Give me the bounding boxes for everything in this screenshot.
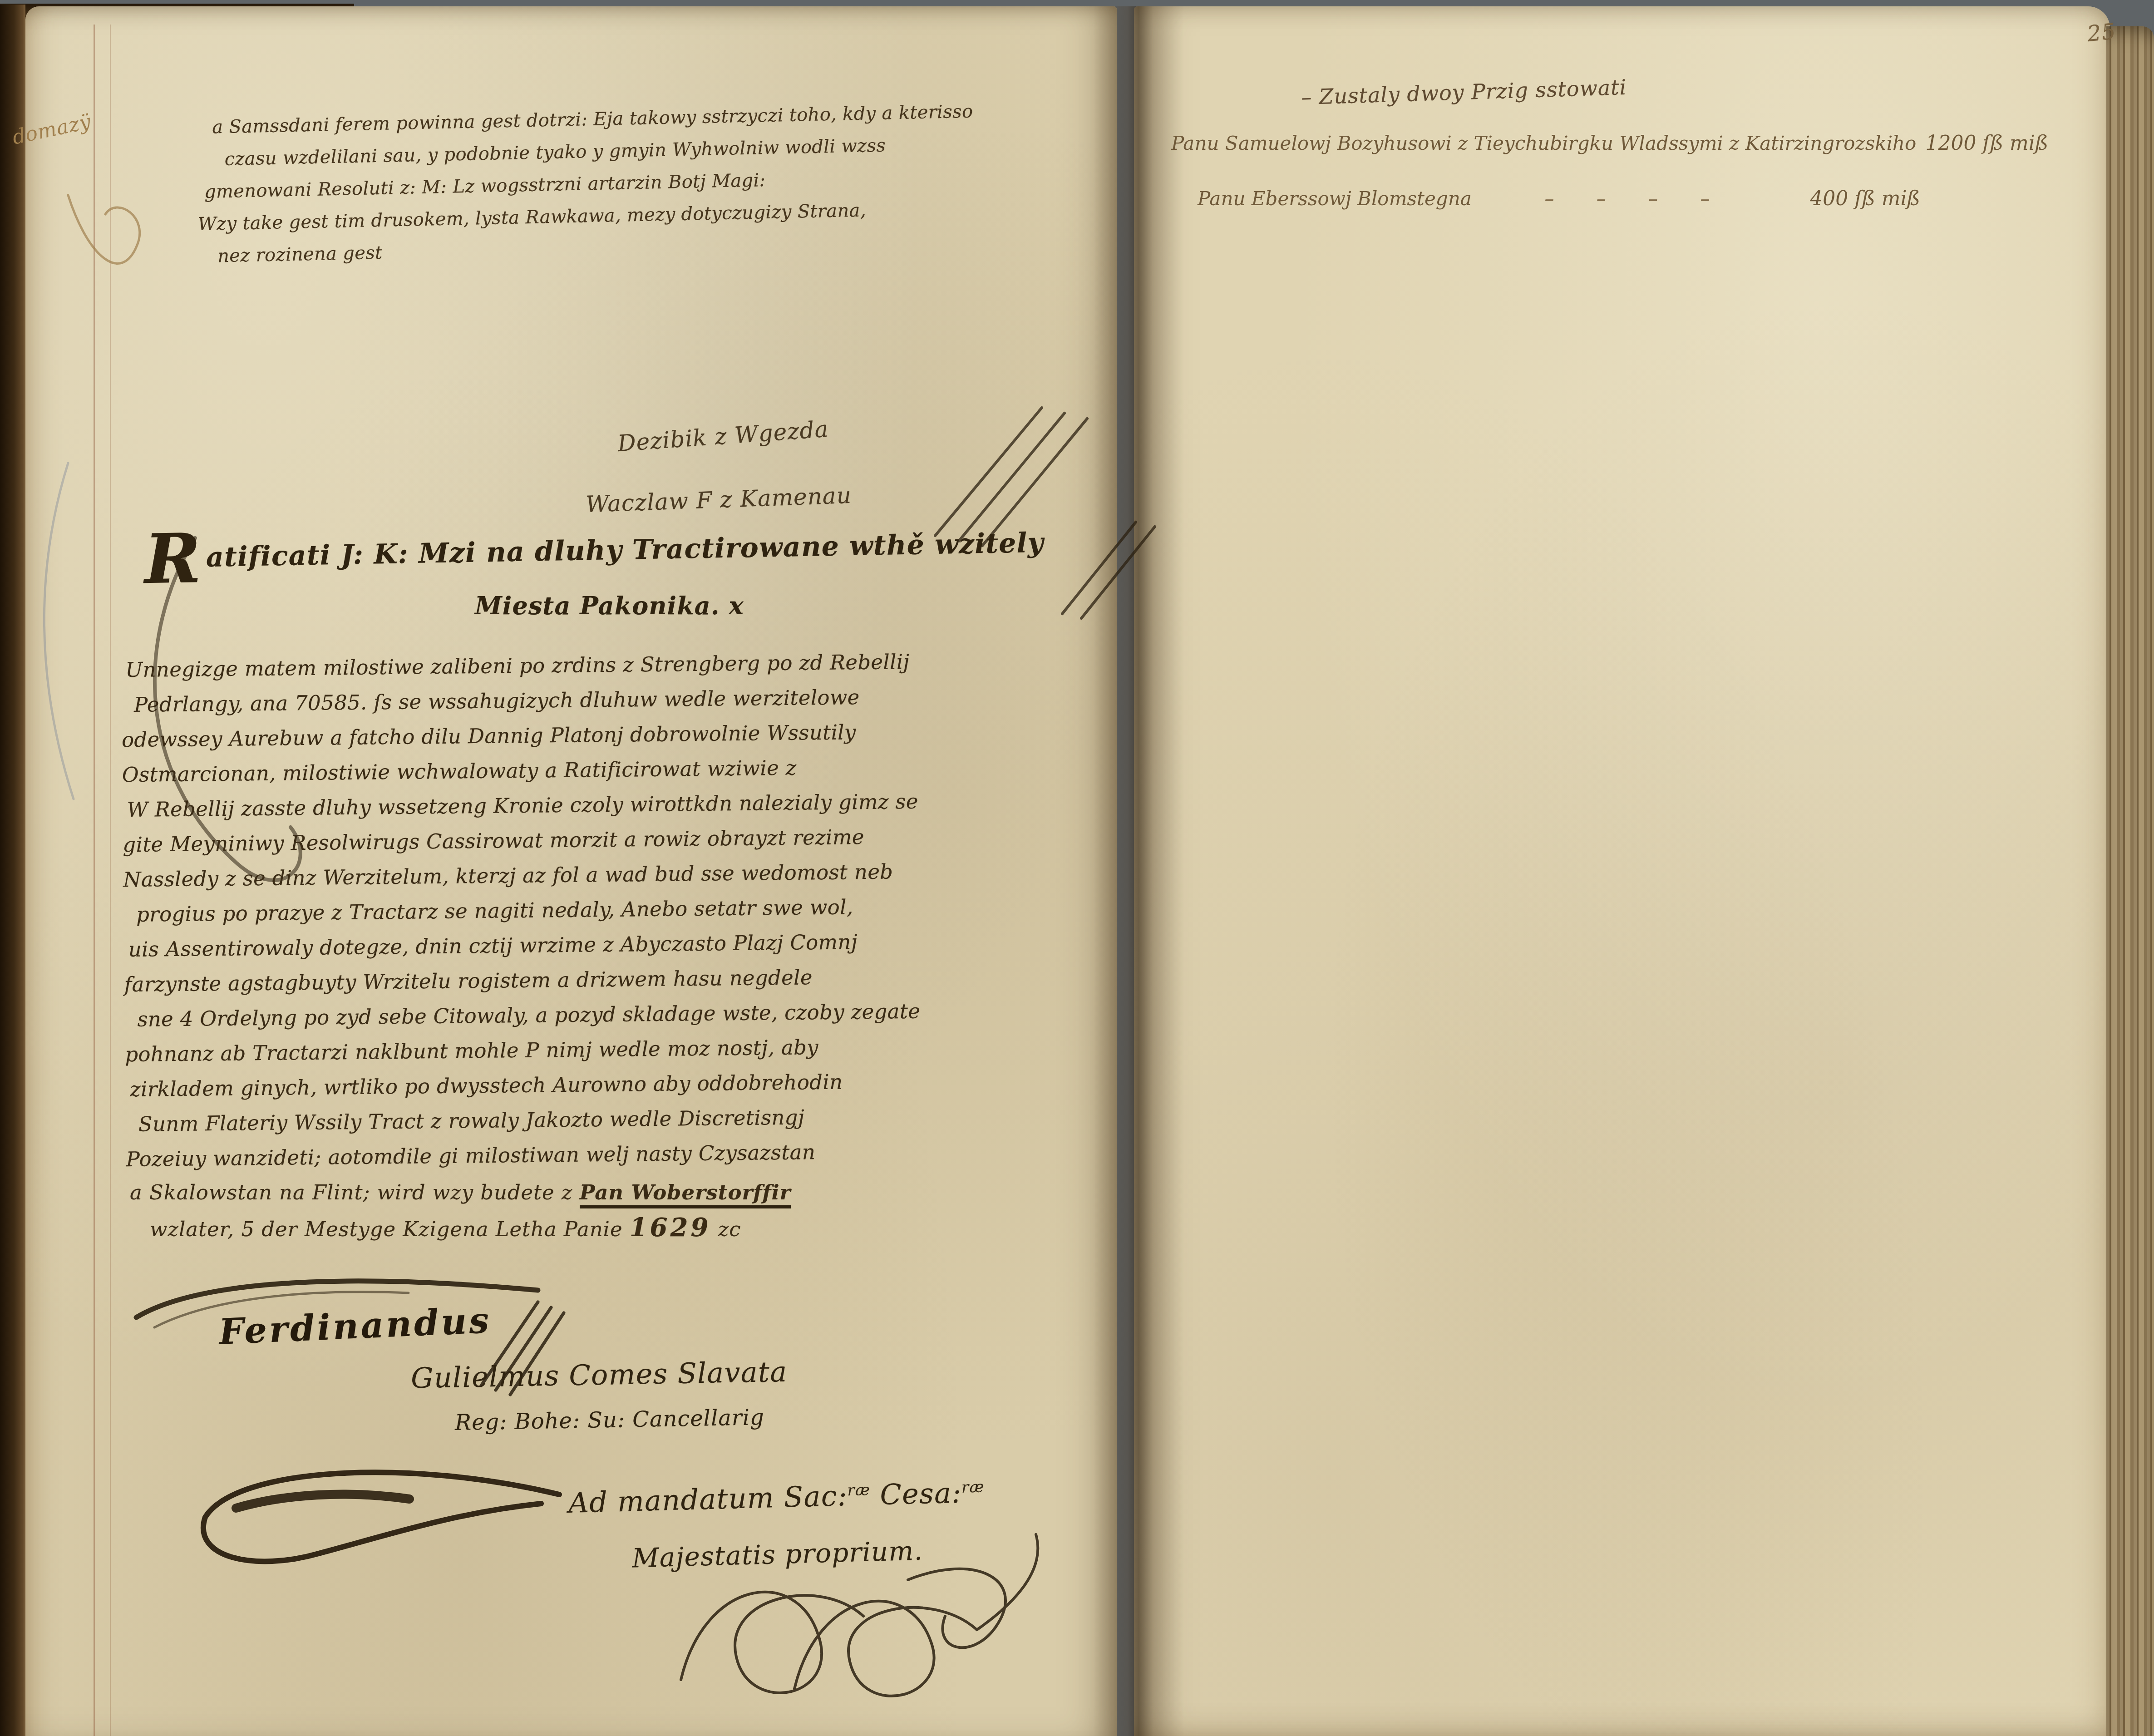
illuminated-initial: R — [144, 518, 202, 599]
date-line-text: wzlater, 5 der Mestyge Kzigena Letha Pan… — [150, 1217, 630, 1241]
page-edge-stack — [2106, 26, 2154, 1736]
manuscript-line-16: a Skalowstan na Flint; wird wzy budete z… — [130, 1175, 791, 1210]
page-crease — [110, 25, 111, 1736]
page-crease — [94, 25, 95, 1736]
abbreviation-superscript: ræ — [961, 1478, 985, 1496]
signature-slavata: Gulielmus Comes Slavata — [410, 1355, 787, 1395]
date-line-suffix: zc — [711, 1217, 741, 1241]
book-cover-edge — [0, 5, 25, 1736]
right-page — [1134, 6, 2110, 1736]
debtor-name: Panu Samuelowj Bozyhusowi z Tieychubirgk… — [1171, 132, 1916, 154]
year-1629: 1629 — [630, 1213, 711, 1243]
debtor-name: Panu Eberssowj Blomstegna — [1198, 187, 1472, 210]
line16-text: a Skalowstan na Flint; wird wzy budete z — [130, 1180, 580, 1204]
top-paragraph: a Samssdani ferem powinna gest dotrzi: E… — [212, 95, 976, 272]
debt-amount: 1200 ſß miß — [1925, 132, 2048, 155]
document-subheading: Miesta Pakonika. x — [475, 591, 744, 620]
scanned-manuscript-spread: domazÿ a Samssdani ferem powinna gest do… — [0, 0, 2154, 1736]
signature-slavata-title: Reg: Bohe: Su: Cancellarig — [455, 1405, 765, 1435]
main-paragraph: Unnegizge matem milostiwe zalibeni po zr… — [121, 644, 922, 1177]
mandate-text: Cesa: — [870, 1476, 962, 1511]
debt-entry-row: Panu Samuelowj Bozyhusowi z Tieychubirgk… — [1171, 132, 1920, 155]
folio-page-number: 25 — [2086, 19, 2117, 47]
leader-dashes: – – – – — [1472, 187, 1801, 210]
abbreviation-superscript: ræ — [847, 1481, 871, 1499]
date-line: wzlater, 5 der Mestyge Kzigena Letha Pan… — [150, 1210, 741, 1247]
gutter-shadow — [1093, 6, 1184, 1736]
underlined-name: Pan Woberstorffir — [580, 1180, 791, 1208]
debt-entry-row: Panu Eberssowj Blomstegna – – – – 400 ſß… — [1198, 187, 1920, 210]
debt-amount: 400 ſß miß — [1810, 187, 1920, 210]
